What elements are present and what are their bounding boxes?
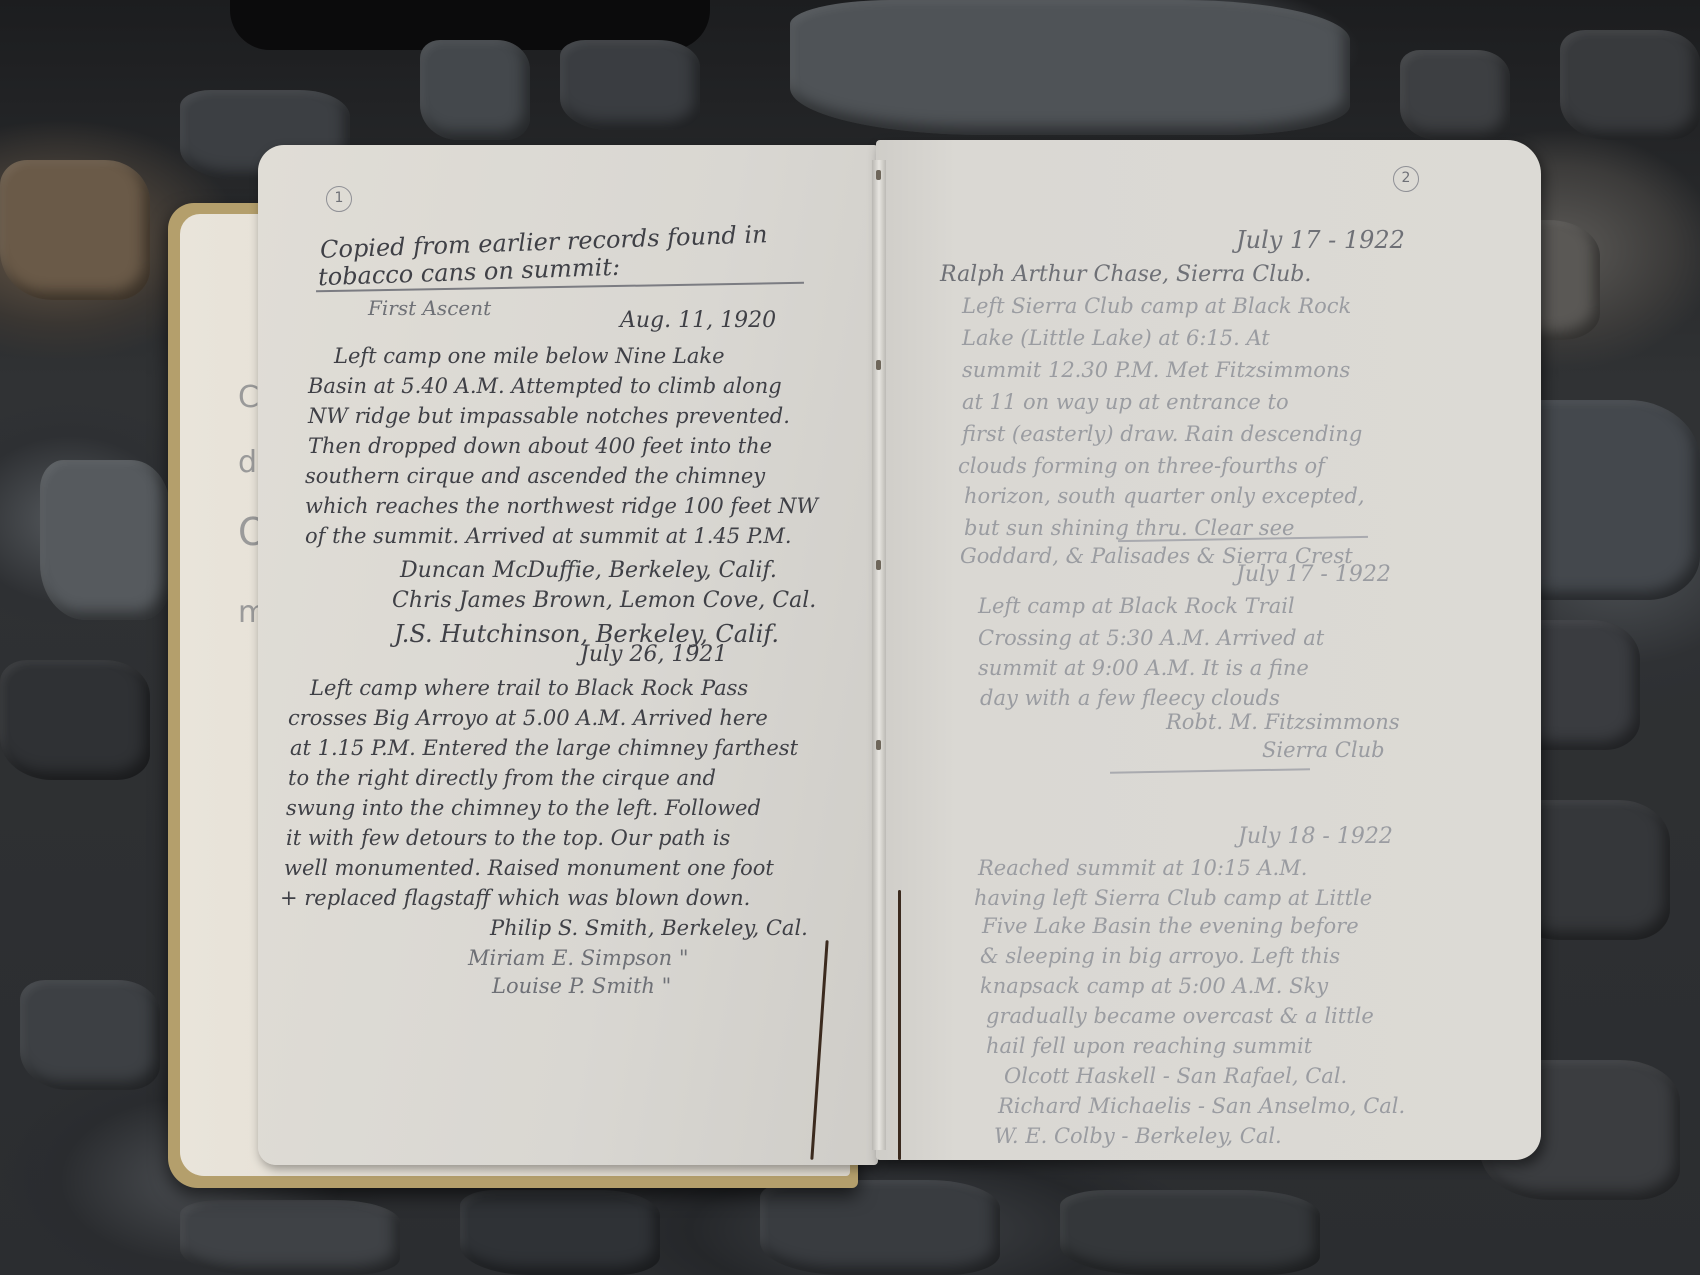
page-number: 2 bbox=[1393, 166, 1419, 192]
entry-line: having left Sierra Club camp at Little bbox=[974, 886, 1372, 910]
rock bbox=[180, 1200, 400, 1275]
entry-line: Then dropped down about 400 feet into th… bbox=[308, 434, 772, 458]
entry-date: Aug. 11, 1920 bbox=[620, 308, 776, 333]
entry-date: July 17 - 1922 bbox=[1236, 562, 1391, 587]
rock bbox=[790, 0, 1350, 135]
entry-line: Left Sierra Club camp at Black Rock bbox=[962, 294, 1351, 318]
entry-line: southern cirque and ascended the chimney bbox=[305, 464, 765, 488]
entry-line: which reaches the northwest ridge 100 fe… bbox=[305, 494, 818, 518]
entry-line: Reached summit at 10:15 A.M. bbox=[978, 856, 1307, 880]
entry-line: first (easterly) draw. Rain descending bbox=[962, 422, 1362, 446]
binding-stitch bbox=[876, 170, 881, 180]
rock bbox=[460, 1190, 660, 1275]
binding-stitch bbox=[876, 360, 881, 370]
rock bbox=[0, 660, 150, 780]
entry-line: of the summit. Arrived at summit at 1.45… bbox=[305, 524, 792, 548]
rock bbox=[20, 980, 160, 1090]
first-ascent-label: First Ascent bbox=[368, 296, 491, 320]
rock bbox=[560, 40, 700, 130]
entry-line: crosses Big Arroyo at 5.00 A.M. Arrived … bbox=[288, 706, 768, 730]
binding-stitch bbox=[876, 740, 881, 750]
entry-line: swung into the chimney to the left. Foll… bbox=[286, 796, 761, 820]
entry-line: gradually became overcast & a little bbox=[986, 1004, 1374, 1028]
entry-line: at 1.15 P.M. Entered the large chimney f… bbox=[290, 736, 798, 760]
entry-line: at 11 on way up at entrance to bbox=[962, 390, 1289, 414]
entry-line: to the right directly from the cirque an… bbox=[288, 766, 716, 790]
entry-line: Left camp one mile below Nine Lake bbox=[334, 344, 725, 368]
rock bbox=[760, 1180, 1000, 1275]
entry-line: NW ridge but impassable notches prevente… bbox=[308, 404, 790, 428]
entry-line: but sun shining thru. Clear see bbox=[964, 516, 1294, 540]
entry-line: summit at 9:00 A.M. It is a fine bbox=[978, 656, 1309, 680]
page-number: 1 bbox=[326, 186, 352, 212]
signature: Louise P. Smith " bbox=[492, 974, 671, 998]
signature: W. E. Colby - Berkeley, Cal. bbox=[994, 1124, 1282, 1148]
rock bbox=[1560, 30, 1700, 140]
entry-line: Left camp where trail to Black Rock Pass bbox=[310, 676, 748, 700]
entry-date: July 17 - 1922 bbox=[1236, 226, 1405, 254]
entry-date: July 18 - 1922 bbox=[1238, 824, 1393, 849]
signature: Richard Michaelis - San Anselmo, Cal. bbox=[998, 1094, 1405, 1118]
binding-stitch bbox=[876, 560, 881, 570]
rock bbox=[1400, 50, 1510, 140]
rock bbox=[420, 40, 530, 140]
entry-line: & sleeping in big arroyo. Left this bbox=[980, 944, 1340, 968]
entry-line: hail fell upon reaching summit bbox=[986, 1034, 1312, 1058]
entry-line: + replaced flagstaff which was blown dow… bbox=[280, 886, 750, 910]
entry-line: Basin at 5.40 A.M. Attempted to climb al… bbox=[308, 374, 782, 398]
signature: Sierra Club bbox=[1262, 738, 1385, 762]
left-page bbox=[258, 145, 878, 1165]
rock bbox=[0, 160, 150, 300]
signature: Olcott Haskell - San Rafael, Cal. bbox=[1004, 1064, 1347, 1088]
signature: Chris James Brown, Lemon Cove, Cal. bbox=[392, 588, 816, 613]
signature: Philip S. Smith, Berkeley, Cal. bbox=[490, 916, 808, 940]
entry-line: day with a few fleecy clouds bbox=[980, 686, 1280, 710]
page-tear bbox=[898, 890, 901, 1160]
entry-line: Crossing at 5:30 A.M. Arrived at bbox=[978, 626, 1324, 650]
entry-line: Left camp at Black Rock Trail bbox=[978, 594, 1295, 618]
entry-date: July 26, 1921 bbox=[580, 642, 727, 667]
entry-line: horizon, south quarter only excepted, bbox=[964, 484, 1365, 508]
entry-line: well monumented. Raised monument one foo… bbox=[284, 856, 774, 880]
entry-line: clouds forming on three-fourths of bbox=[958, 454, 1325, 478]
rock bbox=[1060, 1190, 1320, 1275]
signature: Duncan McDuffie, Berkeley, Calif. bbox=[400, 558, 777, 583]
entry-line: Five Lake Basin the evening before bbox=[982, 914, 1359, 938]
binding-gutter bbox=[872, 160, 886, 1150]
signature: Miriam E. Simpson " bbox=[468, 946, 689, 970]
entry-line: it with few detours to the top. Our path… bbox=[286, 826, 730, 850]
entry-line: Lake (Little Lake) at 6:15. At bbox=[962, 326, 1270, 350]
signature: Robt. M. Fitzsimmons bbox=[1166, 710, 1400, 734]
entry-line: Ralph Arthur Chase, Sierra Club. bbox=[940, 262, 1311, 287]
entry-line: summit 12.30 P.M. Met Fitzsimmons bbox=[962, 358, 1350, 382]
rock bbox=[40, 460, 170, 620]
entry-line: knapsack camp at 5:00 A.M. Sky bbox=[980, 974, 1328, 998]
